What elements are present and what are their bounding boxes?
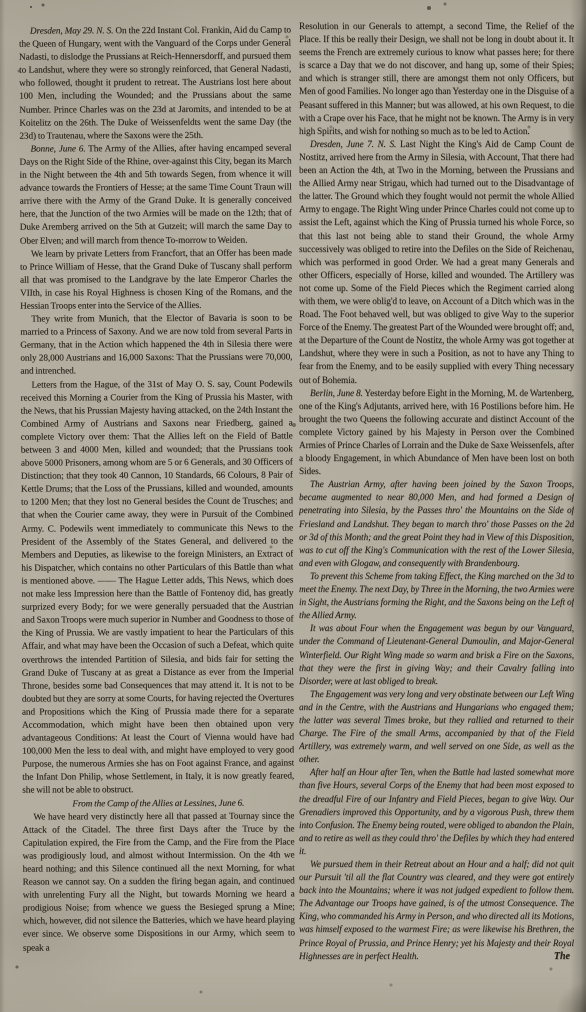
dateline: Bonne, June 6. — [30, 143, 85, 153]
paragraph: The Austrian Army, after having been joi… — [299, 478, 574, 570]
paragraph: We pursued them in their Retreat about a… — [299, 858, 574, 963]
catchword: The — [554, 951, 570, 962]
paragraph: It was about Four when the Engagement wa… — [299, 622, 574, 687]
dateline: Berlin, June 8. — [310, 388, 363, 398]
paragraph: Dresden, May 29. N. S. On the 22d Instan… — [19, 23, 292, 142]
paragraph: After half an Hour after Ten, when the B… — [299, 766, 574, 858]
paragraph: Letters from the Hague, of the 31st of M… — [20, 377, 294, 797]
newspaper-page: Dresden, May 29. N. S. On the 22d Instan… — [0, 0, 586, 1012]
paragraph: Bonne, June 6. The Army of the Allies, a… — [19, 141, 291, 247]
dateline: Dresden, May 29. N. S. — [30, 25, 113, 35]
paragraph: To prevent this Scheme from taking Effec… — [299, 570, 574, 622]
paragraph: Resolution in our Generals to attempt, a… — [299, 20, 574, 138]
section-heading: From the Camp of the Allies at Lessines,… — [22, 796, 294, 810]
ink-specks — [30, 6, 32, 8]
paragraph: Berlin, June 8. Yesterday before Eight i… — [299, 387, 574, 479]
paragraph: We have heard very distinctly here all t… — [22, 809, 295, 954]
paragraph: They write from Munich, that the Elector… — [20, 311, 292, 378]
paragraph: The Engagement was very long and very ob… — [299, 688, 574, 767]
dateline: Dresden, June 7. N. S. — [310, 139, 396, 149]
column-left: Dresden, May 29. N. S. On the 22d Instan… — [19, 23, 295, 990]
paragraph: We learn by private Letters from Francfo… — [20, 246, 292, 313]
paragraph: Dresden, June 7. N. S. Last Night the Ki… — [299, 138, 574, 387]
column-right: Resolution in our Generals to attempt, a… — [299, 20, 574, 986]
